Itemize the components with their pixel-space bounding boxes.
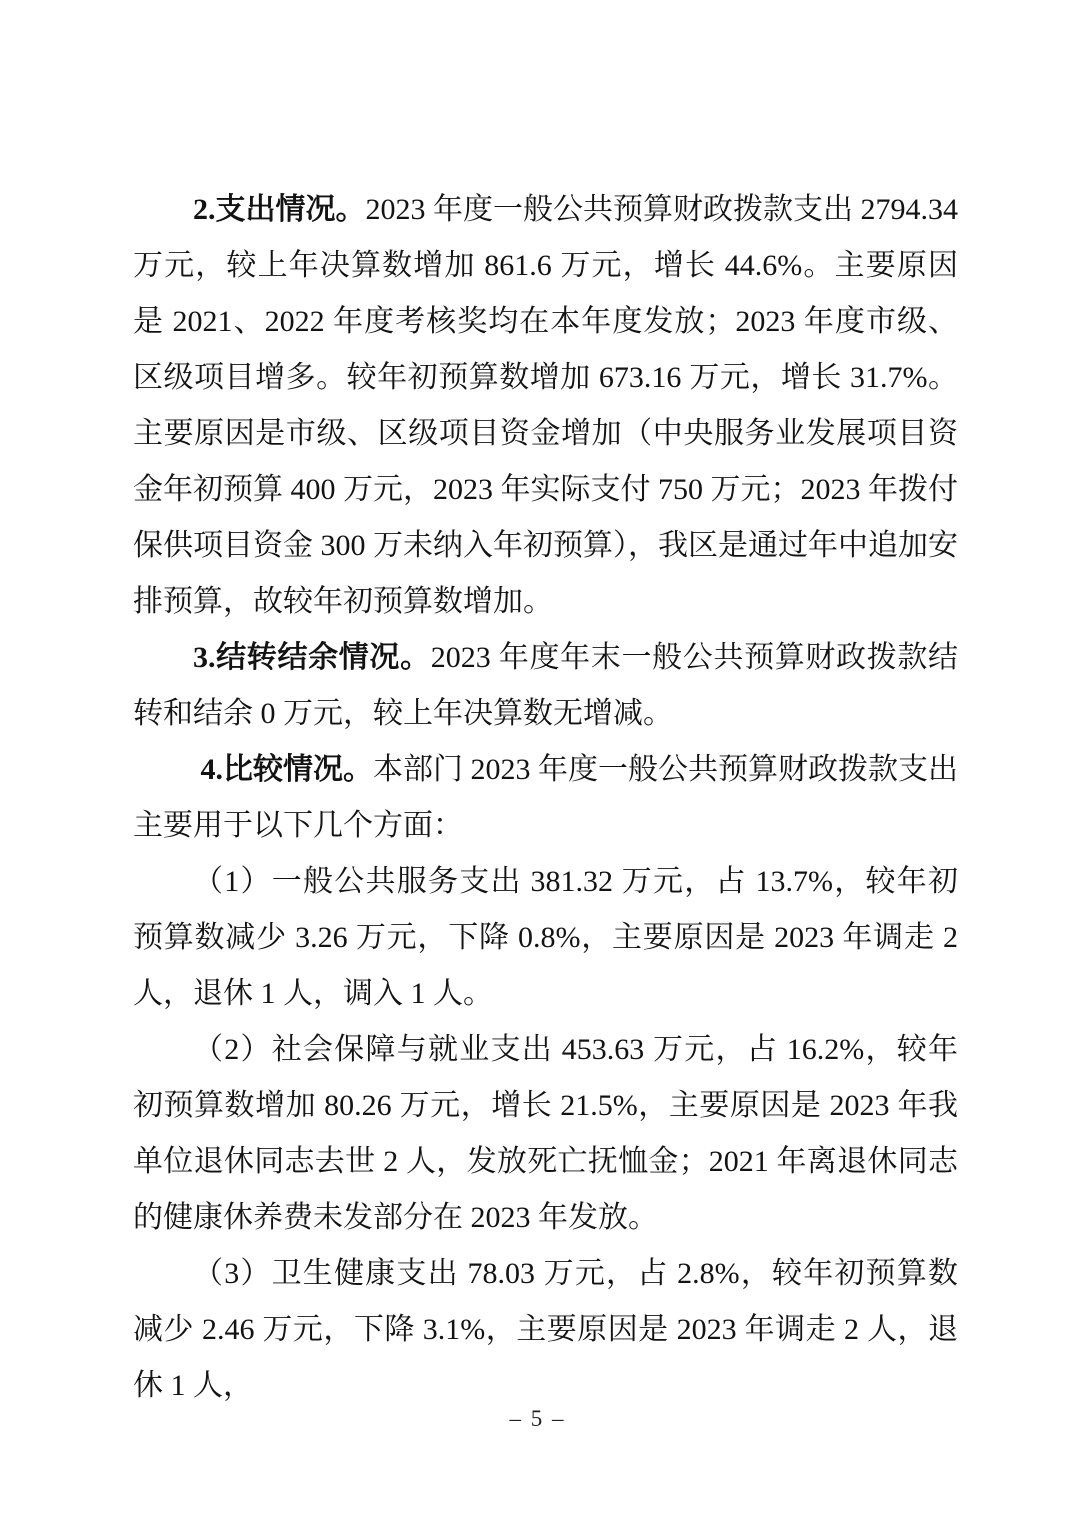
page-number: – 5 – xyxy=(510,1406,566,1431)
paragraph-item-1-text: （1）一般公共服务支出 381.32 万元，占 13.7%，较年初预算数减少 3… xyxy=(133,865,958,1010)
paragraph-item-2-text: （2）社会保障与就业支出 453.63 万元，占 16.2%，较年初预算数增加 … xyxy=(133,1033,958,1234)
paragraph-carryover-heading: 3.结转结余情况。 xyxy=(193,641,431,674)
paragraph-comparison-heading: 4.比较情况。 xyxy=(201,753,374,786)
paragraph-comparison: 4.比较情况。本部门 2023 年度一般公共预算财政拨款支出主要用于以下几个方面… xyxy=(133,742,958,854)
page-footer: – 5 – xyxy=(0,1404,1075,1434)
paragraph-item-3-health: （3）卫生健康支出 78.03 万元，占 2.8%，较年初预算数减少 2.46 … xyxy=(133,1246,958,1414)
paragraph-item-3-text: （3）卫生健康支出 78.03 万元，占 2.8%，较年初预算数减少 2.46 … xyxy=(133,1257,958,1402)
paragraph-item-1-general-public-services: （1）一般公共服务支出 381.32 万元，占 13.7%，较年初预算数减少 3… xyxy=(133,854,958,1022)
paragraph-item-2-social-security-employment: （2）社会保障与就业支出 453.63 万元，占 16.2%，较年初预算数增加 … xyxy=(133,1022,958,1246)
document-body: 2.支出情况。2023 年度一般公共预算财政拨款支出 2794.34 万元，较上… xyxy=(133,182,958,1414)
paragraph-expenditure: 2.支出情况。2023 年度一般公共预算财政拨款支出 2794.34 万元，较上… xyxy=(133,182,958,630)
paragraph-expenditure-text: 2023 年度一般公共预算财政拨款支出 2794.34 万元，较上年决算数增加 … xyxy=(133,193,958,618)
paragraph-carryover: 3.结转结余情况。2023 年度年末一般公共预算财政拨款结转和结余 0 万元，较… xyxy=(133,630,958,742)
document-page: 2.支出情况。2023 年度一般公共预算财政拨款支出 2794.34 万元，较上… xyxy=(0,0,1075,1520)
paragraph-expenditure-heading: 2.支出情况。 xyxy=(193,193,366,226)
